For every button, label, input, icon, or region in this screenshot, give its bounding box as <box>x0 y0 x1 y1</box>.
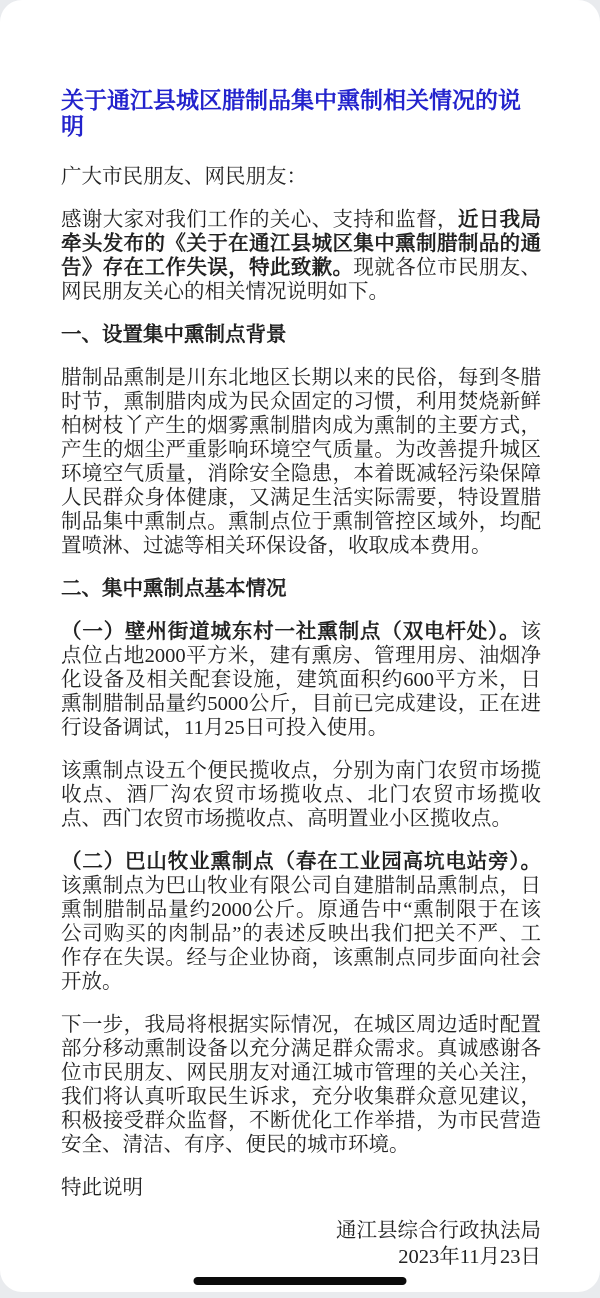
intro-text-pre: 感谢大家对我们工作的关心、支持和监督， <box>61 209 458 231</box>
document-title: 关于通江县城区腊制品集中熏制相关情况的说明 <box>61 88 541 140</box>
site2-name-bold: （二）巴山牧业熏制点（春在工业园高坑电站旁）。 <box>61 851 541 873</box>
site2-details: 该熏制点为巴山牧业有限公司自建腊制品熏制点，日熏制腊制品量约2000公斤。原通告… <box>61 875 541 993</box>
outlook-paragraph: 下一步，我局将根据实际情况，在城区周边适时配置部分移动熏制设备以充分满足群众需求… <box>61 1013 541 1157</box>
document: 关于通江县城区腊制品集中熏制相关情况的说明 广大市民朋友、网民朋友： 感谢大家对… <box>0 0 600 1269</box>
site1-paragraph: （一）壁州街道城东村一社熏制点（双电杆处）。该点位占地2000平方米，建有熏房、… <box>61 620 541 740</box>
date: 2023年11月23日 <box>61 1245 541 1269</box>
site2-paragraph: （二）巴山牧业熏制点（春在工业园高坑电站旁）。该熏制点为巴山牧业有限公司自建腊制… <box>61 850 541 994</box>
section2-heading: 二、集中熏制点基本情况 <box>61 577 541 601</box>
site1-name-bold: （一）壁州街道城东村一社熏制点（双电杆处）。 <box>61 621 521 643</box>
signature: 通江县综合行政执法局 <box>61 1219 541 1243</box>
closing-statement: 特此说明 <box>61 1176 541 1200</box>
intro-paragraph: 感谢大家对我们工作的关心、支持和监督，近日我局牵头发布的《关于在通江县城区集中熏… <box>61 208 541 304</box>
home-indicator-bar[interactable] <box>194 1277 407 1285</box>
site1-collect-paragraph: 该熏制点设五个便民揽收点，分别为南门农贸市场揽收点、酒厂沟农贸市场揽收点、北门农… <box>61 759 541 831</box>
salutation: 广大市民朋友、网民朋友： <box>61 165 541 189</box>
section1-heading: 一、设置集中熏制点背景 <box>61 323 541 347</box>
section1-body-paragraph: 腊制品熏制是川东北地区长期以来的民俗，每到冬腊时节，熏制腊肉成为民众固定的习惯，… <box>61 366 541 558</box>
phone-screenshot: 关于通江县城区腊制品集中熏制相关情况的说明 广大市民朋友、网民朋友： 感谢大家对… <box>0 0 600 1292</box>
